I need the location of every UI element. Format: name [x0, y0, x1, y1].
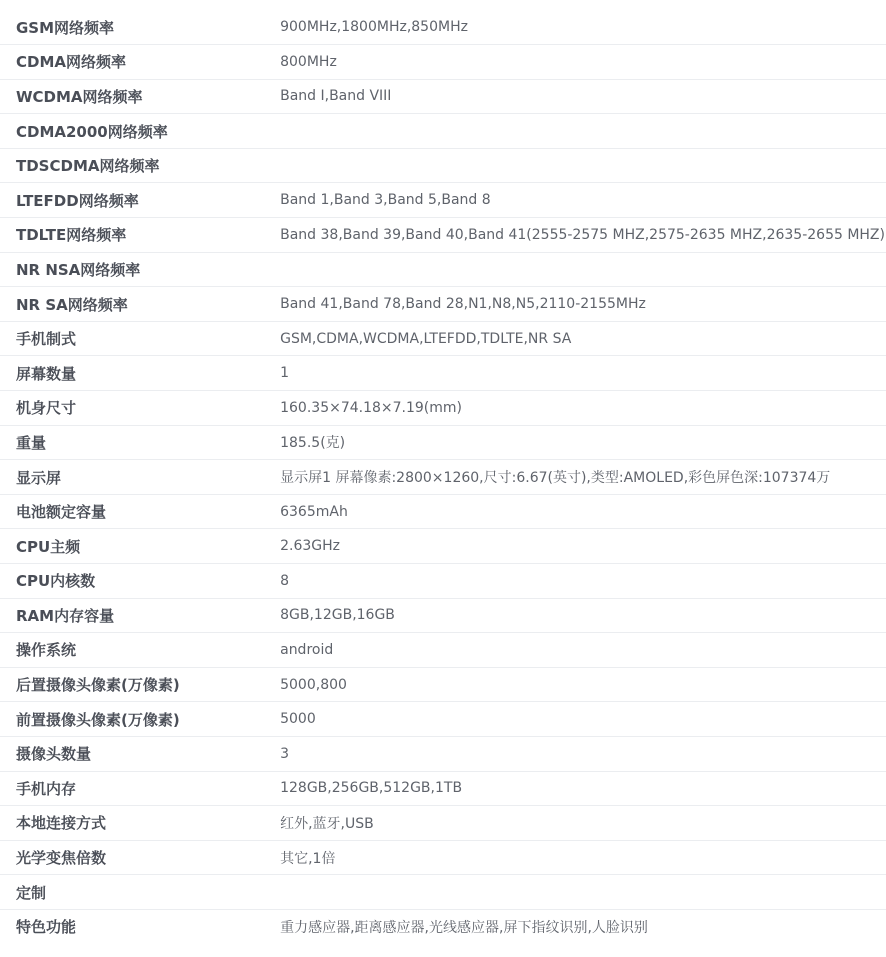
spec-row: CDMA网络频率800MHz — [0, 45, 886, 80]
spec-row: CPU内核数8 — [0, 564, 886, 599]
spec-label: 手机制式 — [0, 321, 264, 356]
spec-row: NR NSA网络频率 — [0, 252, 886, 287]
spec-row: 操作系统android — [0, 633, 886, 668]
spec-row: 摄像头数量3 — [0, 736, 886, 771]
spec-row: TDSCDMA网络频率 — [0, 148, 886, 183]
spec-label: 电池额定容量 — [0, 494, 264, 529]
spec-row: RAM内存容量8GB,12GB,16GB — [0, 598, 886, 633]
spec-label: CDMA网络频率 — [0, 45, 264, 80]
spec-value: 显示屏1 屏幕像素:2800×1260,尺寸:6.67(英寸),类型:AMOLE… — [264, 460, 886, 495]
spec-value: 8GB,12GB,16GB — [264, 598, 886, 633]
spec-value: 185.5(克) — [264, 425, 886, 460]
spec-value — [264, 114, 886, 149]
spec-value — [264, 148, 886, 183]
spec-row: LTEFDD网络频率Band 1,Band 3,Band 5,Band 8 — [0, 183, 886, 218]
spec-value — [264, 252, 886, 287]
spec-label: 手机内存 — [0, 771, 264, 806]
spec-row: 光学变焦倍数其它,1倍 — [0, 840, 886, 875]
spec-row: CPU主频2.63GHz — [0, 529, 886, 564]
spec-value: 2.63GHz — [264, 529, 886, 564]
spec-value: 900MHz,1800MHz,850MHz — [264, 10, 886, 45]
spec-value: 128GB,256GB,512GB,1TB — [264, 771, 886, 806]
spec-label: NR SA网络频率 — [0, 287, 264, 322]
spec-row: CDMA2000网络频率 — [0, 114, 886, 149]
spec-label: 前置摄像头像素(万像素) — [0, 702, 264, 737]
spec-value: 其它,1倍 — [264, 840, 886, 875]
spec-label: 本地连接方式 — [0, 806, 264, 841]
spec-row: TDLTE网络频率Band 38,Band 39,Band 40,Band 41… — [0, 218, 886, 253]
spec-sheet: GSM网络频率900MHz,1800MHz,850MHzCDMA网络频率800M… — [0, 0, 886, 944]
spec-label: CPU主频 — [0, 529, 264, 564]
spec-table-body: GSM网络频率900MHz,1800MHz,850MHzCDMA网络频率800M… — [0, 10, 886, 944]
spec-value: Band Ⅰ,Band VIII — [264, 79, 886, 114]
spec-row: 特色功能重力感应器,距离感应器,光线感应器,屏下指纹识别,人脸识别 — [0, 909, 886, 944]
spec-value: 160.35×74.18×7.19(mm) — [264, 391, 886, 426]
spec-row: 重量185.5(克) — [0, 425, 886, 460]
spec-value: 6365mAh — [264, 494, 886, 529]
spec-value: 800MHz — [264, 45, 886, 80]
spec-label: 后置摄像头像素(万像素) — [0, 667, 264, 702]
spec-value: 重力感应器,距离感应器,光线感应器,屏下指纹识别,人脸识别 — [264, 909, 886, 944]
spec-row: 屏幕数量1 — [0, 356, 886, 391]
spec-row: 显示屏显示屏1 屏幕像素:2800×1260,尺寸:6.67(英寸),类型:AM… — [0, 460, 886, 495]
spec-row: 手机制式GSM,CDMA,WCDMA,LTEFDD,TDLTE,NR SA — [0, 321, 886, 356]
spec-row: 手机内存128GB,256GB,512GB,1TB — [0, 771, 886, 806]
spec-label: 显示屏 — [0, 460, 264, 495]
spec-row: 后置摄像头像素(万像素)5000,800 — [0, 667, 886, 702]
spec-label: 屏幕数量 — [0, 356, 264, 391]
spec-label: RAM内存容量 — [0, 598, 264, 633]
spec-row: NR SA网络频率Band 41,Band 78,Band 28,N1,N8,N… — [0, 287, 886, 322]
spec-value: 红外,蓝牙,USB — [264, 806, 886, 841]
spec-value: 5000 — [264, 702, 886, 737]
spec-value: 8 — [264, 564, 886, 599]
spec-value: GSM,CDMA,WCDMA,LTEFDD,TDLTE,NR SA — [264, 321, 886, 356]
spec-label: LTEFDD网络频率 — [0, 183, 264, 218]
spec-label: 重量 — [0, 425, 264, 460]
spec-label: CDMA2000网络频率 — [0, 114, 264, 149]
spec-label: 光学变焦倍数 — [0, 840, 264, 875]
spec-label: 机身尺寸 — [0, 391, 264, 426]
spec-value: 1 — [264, 356, 886, 391]
spec-label: GSM网络频率 — [0, 10, 264, 45]
spec-value: 5000,800 — [264, 667, 886, 702]
spec-label: WCDMA网络频率 — [0, 79, 264, 114]
spec-row: 本地连接方式红外,蓝牙,USB — [0, 806, 886, 841]
spec-label: CPU内核数 — [0, 564, 264, 599]
spec-label: NR NSA网络频率 — [0, 252, 264, 287]
spec-label: TDSCDMA网络频率 — [0, 148, 264, 183]
spec-value: 3 — [264, 736, 886, 771]
spec-label: 特色功能 — [0, 909, 264, 944]
spec-value: Band 1,Band 3,Band 5,Band 8 — [264, 183, 886, 218]
spec-row: 前置摄像头像素(万像素)5000 — [0, 702, 886, 737]
spec-label: 操作系统 — [0, 633, 264, 668]
spec-value: android — [264, 633, 886, 668]
spec-row: WCDMA网络频率Band Ⅰ,Band VIII — [0, 79, 886, 114]
spec-label: TDLTE网络频率 — [0, 218, 264, 253]
spec-value: Band 41,Band 78,Band 28,N1,N8,N5,2110-21… — [264, 287, 886, 322]
spec-label: 定制 — [0, 875, 264, 910]
spec-value: Band 38,Band 39,Band 40,Band 41(2555-257… — [264, 218, 886, 253]
spec-row: 定制 — [0, 875, 886, 910]
spec-row: GSM网络频率900MHz,1800MHz,850MHz — [0, 10, 886, 45]
spec-row: 电池额定容量6365mAh — [0, 494, 886, 529]
spec-label: 摄像头数量 — [0, 736, 264, 771]
spec-row: 机身尺寸160.35×74.18×7.19(mm) — [0, 391, 886, 426]
spec-value — [264, 875, 886, 910]
spec-table: GSM网络频率900MHz,1800MHz,850MHzCDMA网络频率800M… — [0, 10, 886, 944]
